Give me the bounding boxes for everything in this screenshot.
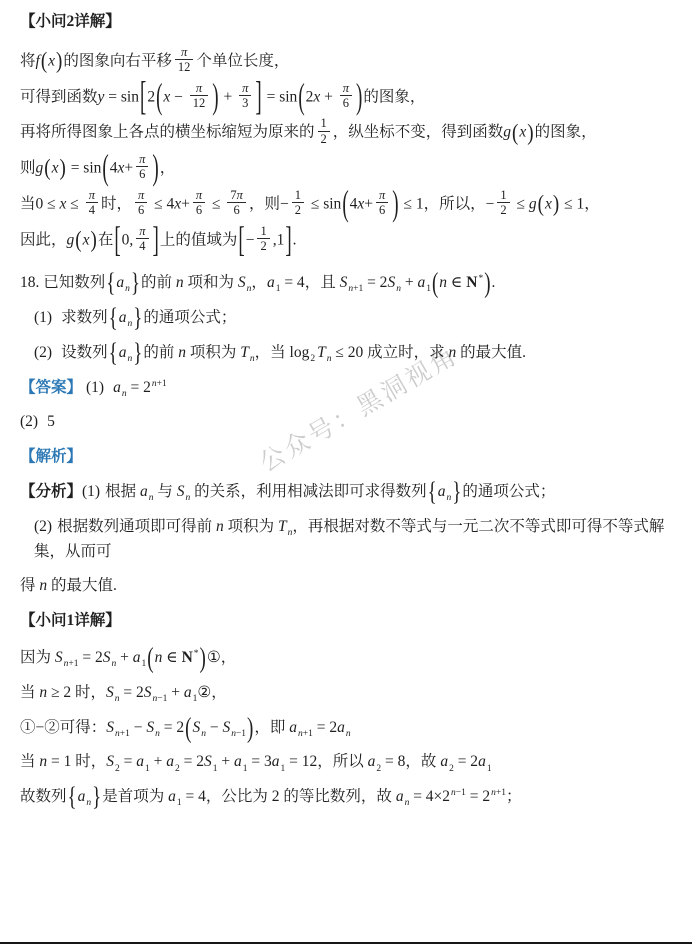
subscript: n+1: [298, 729, 313, 739]
subscript: n+1: [64, 659, 79, 669]
fraction: 12: [318, 116, 330, 146]
numerator: π: [136, 224, 148, 238]
line-answer-1: 【答案】(1)an = 2n+1: [20, 376, 674, 401]
math-roman: +: [401, 274, 418, 291]
text-run: 的关系，利用相减法即可求得数列: [190, 483, 426, 500]
math-char: 1: [295, 188, 301, 202]
text-run: ，则: [249, 195, 280, 212]
stretch-bracket: (: [41, 50, 47, 73]
base: S: [106, 719, 114, 736]
math-char: π: [379, 188, 385, 202]
base: a: [119, 309, 127, 326]
text-run: 【小问1详解】: [20, 612, 121, 629]
math-variable: n: [178, 344, 186, 361]
line-subtract-eqs: ①−②可得：Sn+1 − Sn = 2(Sn − Sn−1)，即 an+1 = …: [20, 716, 674, 741]
text-run: 根据数列通项即可得前: [57, 518, 216, 535]
stretch-bracket: {: [109, 305, 118, 332]
fraction: π6: [376, 188, 388, 218]
math-roman: = 2: [160, 719, 184, 736]
stretch-bracket: (: [185, 714, 191, 743]
math-char: 3: [242, 96, 248, 110]
text-run: ，: [160, 159, 176, 176]
math-char: 6: [379, 203, 385, 217]
stretch-bracket: {: [68, 784, 77, 811]
math-roman: (1): [86, 379, 104, 396]
stretch-bracket: ): [152, 151, 158, 187]
base: a: [272, 753, 280, 770]
math-roman: 2: [147, 88, 155, 105]
stretch-bracket: ): [90, 229, 96, 252]
text-run: 的前: [143, 344, 178, 361]
line-shift-statement: 将f(x)的图象向右平移π12个单位长度，: [20, 47, 674, 77]
subscripted-term: an: [113, 379, 127, 396]
superscripted-term: 2n−1: [442, 788, 466, 805]
line-because-eq1: 因为 Sn+1 = 2Sn + a1(n ∈ N*)①，: [20, 646, 674, 671]
subscript: 1: [426, 284, 431, 294]
text-run: 因此，: [20, 231, 67, 248]
math-roman: ≤ sin: [307, 195, 341, 212]
math-char: π: [237, 188, 243, 202]
text-run: 【解析】: [20, 448, 82, 465]
line-q18-part2: (2)设数列{an}的前 n 项积为 Tn，当 log2Tn ≤ 20 成立时，…: [20, 341, 674, 366]
math-variable: g: [529, 195, 537, 212]
text-run: 故数列: [20, 788, 67, 805]
document-page: 【小问2详解】将f(x)的图象向右平移π12个单位长度，可得到函数y = sin…: [0, 0, 692, 947]
math-char: n: [86, 798, 91, 808]
fraction: 7π6: [227, 188, 246, 218]
text-run: 的最大值.: [456, 344, 526, 361]
subscripted-term: a2: [368, 753, 382, 770]
subscript: n+1: [348, 284, 363, 294]
math-char: 4: [139, 239, 145, 253]
numerator: π: [376, 188, 388, 202]
stretch-bracket: ): [527, 122, 533, 145]
base: S: [144, 684, 152, 701]
subscripted-term: Sn: [106, 684, 120, 701]
math-variable: g: [36, 159, 44, 176]
math-roman: ≤: [513, 195, 529, 212]
subscript: n−1: [231, 729, 246, 739]
text-run: 时，: [101, 195, 132, 212]
base: 2: [143, 379, 151, 396]
math-roman: ≤ 20: [331, 344, 367, 361]
line-jiexi-label: 【解析】: [20, 445, 674, 470]
math-roman: (2): [20, 413, 38, 430]
text-run: 设数列: [61, 344, 108, 361]
subscripted-term: Sn−1: [144, 684, 168, 701]
subscripted-term: an: [337, 719, 351, 736]
text-run: 时，: [75, 753, 106, 770]
base: S: [340, 274, 348, 291]
base: N: [182, 649, 193, 666]
stretch-bracket: [: [238, 222, 244, 258]
math-roman: =: [127, 379, 144, 396]
line-question-18: 18. 已知数列{an}的前 n 项和为 Sn，a1 = 4，且 Sn+1 = …: [20, 271, 674, 296]
math-roman: ,1: [273, 231, 285, 248]
numerator: 7π: [227, 188, 246, 202]
math-char: π: [139, 224, 145, 238]
denominator: 6: [136, 166, 148, 181]
subscripted-term: an+1: [289, 719, 313, 736]
text-run: ，公比为: [206, 788, 272, 805]
math-roman: −: [246, 231, 255, 248]
subscripted-term: Sn+1: [106, 719, 130, 736]
math-roman: ∈: [447, 274, 466, 291]
fraction: π12: [190, 81, 209, 111]
math-roman: −: [130, 719, 147, 736]
stretch-bracket: }: [133, 305, 142, 332]
math-char: π: [196, 188, 202, 202]
math-roman: = 4: [280, 274, 304, 291]
text-run: 求数列: [61, 309, 108, 326]
numerator: π: [175, 45, 194, 59]
math-char: 1: [426, 284, 431, 294]
math-roman: (1): [82, 483, 100, 500]
math-char: 6: [343, 96, 349, 110]
math-roman: +: [150, 753, 167, 770]
base: a: [184, 684, 192, 701]
math-char: n: [127, 319, 132, 329]
stretch-bracket: ]: [153, 222, 159, 258]
line-geometric-conclusion: 故数列{an}是首项为 a1 = 4，公比为 2 的等比数列，故 an = 4×…: [20, 785, 674, 810]
text-run: ①−②可得：: [20, 719, 106, 736]
text-run: 的通项公式；: [143, 309, 236, 326]
subscripted-term: an: [119, 344, 133, 361]
math-variable: n: [439, 274, 447, 291]
line-when-n-ge-2: 当 n ≥ 2 时，Sn = 2Sn−1 + a1②，: [20, 681, 674, 706]
denominator: 6: [135, 202, 147, 217]
subscripted-term: Sn: [177, 483, 191, 500]
math-roman: = sin: [263, 88, 298, 105]
math-roman: +: [220, 88, 237, 105]
math-char: n: [346, 729, 351, 739]
subscripted-term: a1: [168, 788, 182, 805]
subscripted-term: Sn: [238, 274, 252, 291]
subscripted-term: Sn: [103, 649, 117, 666]
base: a: [234, 753, 242, 770]
text-run: 的最大值.: [47, 577, 117, 594]
stretch-bracket: ): [212, 79, 218, 115]
subscripted-term: a1: [184, 684, 198, 701]
math-char: 1: [500, 188, 506, 202]
math-roman: = 2: [313, 719, 337, 736]
subscript: 2: [310, 354, 315, 364]
math-variable: n: [216, 518, 224, 535]
subscripted-term: log2: [290, 344, 316, 361]
line-q18-part1: (1)求数列{an}的通项公式；: [20, 306, 674, 331]
stretch-bracket: (: [44, 158, 50, 181]
math-char: π: [181, 45, 187, 59]
math-variable: n: [176, 274, 184, 291]
base: a: [168, 788, 176, 805]
math-variable: x: [52, 159, 59, 176]
subscripted-term: a1: [133, 649, 147, 666]
subscripted-term: a1: [267, 274, 281, 291]
base: T: [317, 344, 326, 361]
math-roman: −: [170, 88, 187, 105]
math-roman: = 12: [285, 753, 317, 770]
line-heading-subq2: 【小问2详解】: [20, 10, 674, 35]
text-run: 当: [20, 753, 39, 770]
stretch-bracket: ): [356, 79, 362, 115]
text-run: 时，: [75, 684, 106, 701]
subscript: n+1: [115, 729, 130, 739]
text-run: 可得到函数: [20, 88, 98, 105]
math-roman: = 3: [248, 753, 272, 770]
subscript: n: [86, 798, 91, 808]
base: S: [103, 649, 111, 666]
text-run: 的图象向右平移: [63, 52, 172, 69]
text-run: 与: [153, 483, 176, 500]
math-char: 1: [162, 379, 167, 389]
text-run: 项积为: [224, 518, 278, 535]
stretch-bracket: {: [106, 270, 115, 297]
math-roman: 0 ≤: [36, 195, 60, 212]
text-run: ，: [251, 274, 267, 291]
stretch-bracket: ): [553, 193, 559, 216]
text-run: ；: [506, 788, 522, 805]
math-roman: +: [181, 195, 190, 212]
stretch-bracket: }: [452, 479, 461, 506]
text-run: 个单位长度，: [196, 52, 289, 69]
math-char: n: [125, 284, 130, 294]
text-run: 已知数列: [43, 274, 105, 291]
math-roman: = 2: [454, 753, 478, 770]
stretch-bracket: (: [342, 187, 348, 223]
math-char: 2: [184, 60, 190, 74]
text-run: ，: [584, 195, 600, 212]
math-roman: +: [116, 649, 133, 666]
math-char: 6: [234, 203, 240, 217]
text-run: 将: [20, 52, 36, 69]
text-run: 的图象，: [535, 124, 597, 141]
math-roman: ≤: [66, 195, 82, 212]
math-roman: ≤ 1: [400, 195, 424, 212]
line-conclusion-range: 因此，g(x)在[0,π4]上的值域为[−12,1].: [20, 226, 674, 256]
base: log: [290, 344, 310, 361]
math-roman: = 2: [120, 684, 144, 701]
text-run: 成立时，求: [367, 344, 448, 361]
math-char: π: [139, 152, 145, 166]
stretch-bracket: ): [56, 50, 62, 73]
base: S: [222, 719, 230, 736]
denominator: 4: [136, 238, 148, 253]
superscript: n−1: [451, 788, 466, 798]
math-roman: (2): [34, 518, 52, 535]
subscripted-term: a2: [166, 753, 180, 770]
base: a: [337, 719, 345, 736]
math-roman: = 2: [79, 649, 103, 666]
math-char: π: [138, 188, 144, 202]
subscripted-term: Sn: [146, 719, 160, 736]
math-roman: 5: [47, 413, 55, 430]
math-variable: f: [36, 52, 40, 69]
math-roman: −: [280, 195, 289, 212]
math-char: 2: [310, 354, 315, 364]
base: a: [78, 788, 86, 805]
superscripted-term: N*: [466, 274, 483, 291]
fraction: 12: [257, 224, 269, 254]
text-run: ，所以: [317, 753, 367, 770]
subscripted-term: an: [140, 483, 154, 500]
denominator: 4: [86, 202, 98, 217]
subscript: n: [127, 319, 132, 329]
math-char: *: [194, 649, 199, 659]
text-run: 【分析】: [20, 483, 82, 500]
stretch-bracket: }: [92, 784, 101, 811]
subscripted-term: a1: [417, 274, 431, 291]
subscript: n: [125, 284, 130, 294]
base: S: [204, 753, 212, 770]
denominator: 6: [376, 202, 388, 217]
base: S: [238, 274, 246, 291]
numerator: 1: [497, 188, 509, 202]
text-run: 当: [20, 684, 39, 701]
text-run: 在: [98, 231, 114, 248]
fraction: π4: [136, 224, 148, 254]
numerator: 1: [292, 188, 304, 202]
base: a: [289, 719, 297, 736]
stretch-bracket: (: [102, 151, 108, 187]
math-variable: x: [545, 195, 552, 212]
denominator: 2: [257, 238, 269, 253]
math-char: 2: [500, 203, 506, 217]
base: S: [55, 649, 63, 666]
math-roman: ≤: [208, 195, 224, 212]
text-run: 的等比数列，故: [280, 788, 396, 805]
superscripted-term: 2n+1: [143, 379, 167, 396]
math-char: 2: [199, 96, 205, 110]
stretch-bracket: (: [538, 193, 544, 216]
subscripted-term: Sn+1: [340, 274, 364, 291]
math-roman: = 4: [182, 788, 206, 805]
math-variable: x: [83, 231, 90, 248]
subscripted-term: a1: [234, 753, 248, 770]
line-g-definition: 则g(x) = sin(4x+π6)，: [20, 154, 674, 184]
fraction: π4: [86, 188, 98, 218]
subscripted-term: an: [78, 788, 92, 805]
superscript: n+1: [491, 788, 506, 798]
math-roman: ≥ 2: [47, 684, 75, 701]
subscripted-term: a1: [136, 753, 150, 770]
math-roman: ∈: [162, 649, 181, 666]
stretch-bracket: ): [247, 714, 253, 743]
denominator: 2: [318, 131, 330, 146]
math-char: π: [196, 81, 202, 95]
text-run: 的图象，: [363, 88, 425, 105]
subscripted-term: Tn: [278, 518, 292, 535]
math-variable: n: [39, 577, 47, 594]
stretch-bracket: (: [512, 122, 518, 145]
denominator: 3: [239, 95, 251, 110]
text-run: 【小问2详解】: [20, 13, 121, 30]
superscripted-term: N*: [182, 649, 199, 666]
line-heading-subq1: 【小问1详解】: [20, 609, 674, 634]
text-run: ，故: [405, 753, 440, 770]
stretch-bracket: ): [392, 187, 398, 223]
text-run: 的前: [141, 274, 176, 291]
math-char: π: [343, 81, 349, 95]
denominator: 12: [190, 95, 209, 110]
math-roman: +: [364, 195, 373, 212]
math-char: 2: [295, 203, 301, 217]
stretch-bracket: ): [200, 644, 206, 673]
math-roman: = 4×: [409, 788, 442, 805]
subscripted-term: a2: [440, 753, 454, 770]
math-roman: 2: [272, 788, 280, 805]
fraction: π6: [135, 188, 147, 218]
text-run: ②，: [197, 684, 226, 701]
math-roman: (1): [34, 309, 52, 326]
denominator: 12: [175, 59, 194, 74]
numerator: π: [135, 188, 147, 202]
math-roman: −: [486, 195, 495, 212]
denominator: 6: [193, 202, 205, 217]
stretch-bracket: {: [109, 340, 118, 367]
stretch-bracket: }: [133, 340, 142, 367]
stretch-bracket: [: [140, 77, 146, 117]
base: S: [146, 719, 154, 736]
numerator: π: [340, 81, 352, 95]
subscripted-term: an: [438, 483, 452, 500]
page-bottom-border: [0, 942, 692, 944]
math-char: 2: [260, 239, 266, 253]
numerator: 1: [318, 116, 330, 130]
subscript: 1: [142, 659, 147, 669]
math-char: 1: [321, 116, 327, 130]
subscript: 1: [487, 764, 492, 774]
line-analysis-2: (2)根据数列通项即可得前 n 项积为 Tn，再根据对数不等式与一元二次不等式即…: [20, 515, 674, 565]
subscripted-term: a1: [478, 753, 492, 770]
base: T: [240, 344, 249, 361]
base: a: [417, 274, 425, 291]
math-roman: = 8: [381, 753, 405, 770]
math-variable: x: [48, 52, 55, 69]
base: N: [466, 274, 477, 291]
stretch-bracket: (: [298, 79, 304, 115]
document-body: 【小问2详解】将f(x)的图象向右平移π12个单位长度，可得到函数y = sin…: [20, 10, 674, 810]
text-run: 因为: [20, 649, 55, 666]
stretch-bracket: (: [75, 229, 81, 252]
stretch-bracket: (: [147, 644, 153, 673]
math-roman: .: [492, 274, 496, 291]
math-char: n: [127, 354, 132, 364]
subscripted-term: Tn: [240, 344, 254, 361]
math-roman: =: [466, 788, 483, 805]
math-char: 2: [321, 132, 327, 146]
subscripted-term: an: [116, 274, 130, 291]
text-run: ，当: [255, 344, 290, 361]
math-roman: 0,: [122, 231, 134, 248]
subscripted-term: Sn: [192, 719, 206, 736]
math-char: 6: [196, 203, 202, 217]
text-run: ①，: [207, 649, 236, 666]
base: a: [140, 483, 148, 500]
math-roman: (2): [34, 344, 52, 361]
subscripted-term: Sn+1: [55, 649, 79, 666]
math-roman: +: [124, 159, 133, 176]
base: S: [387, 274, 395, 291]
base: a: [478, 753, 486, 770]
text-run: 上的值域为: [160, 231, 238, 248]
subscripted-term: S2: [106, 753, 120, 770]
superscript: n+1: [152, 379, 167, 389]
text-run: 【答案】: [20, 379, 82, 396]
base: S: [177, 483, 185, 500]
math-char: *: [478, 274, 483, 284]
text-run: ，即: [254, 719, 289, 736]
text-run: ，纵坐标不变，得到函数: [333, 124, 504, 141]
